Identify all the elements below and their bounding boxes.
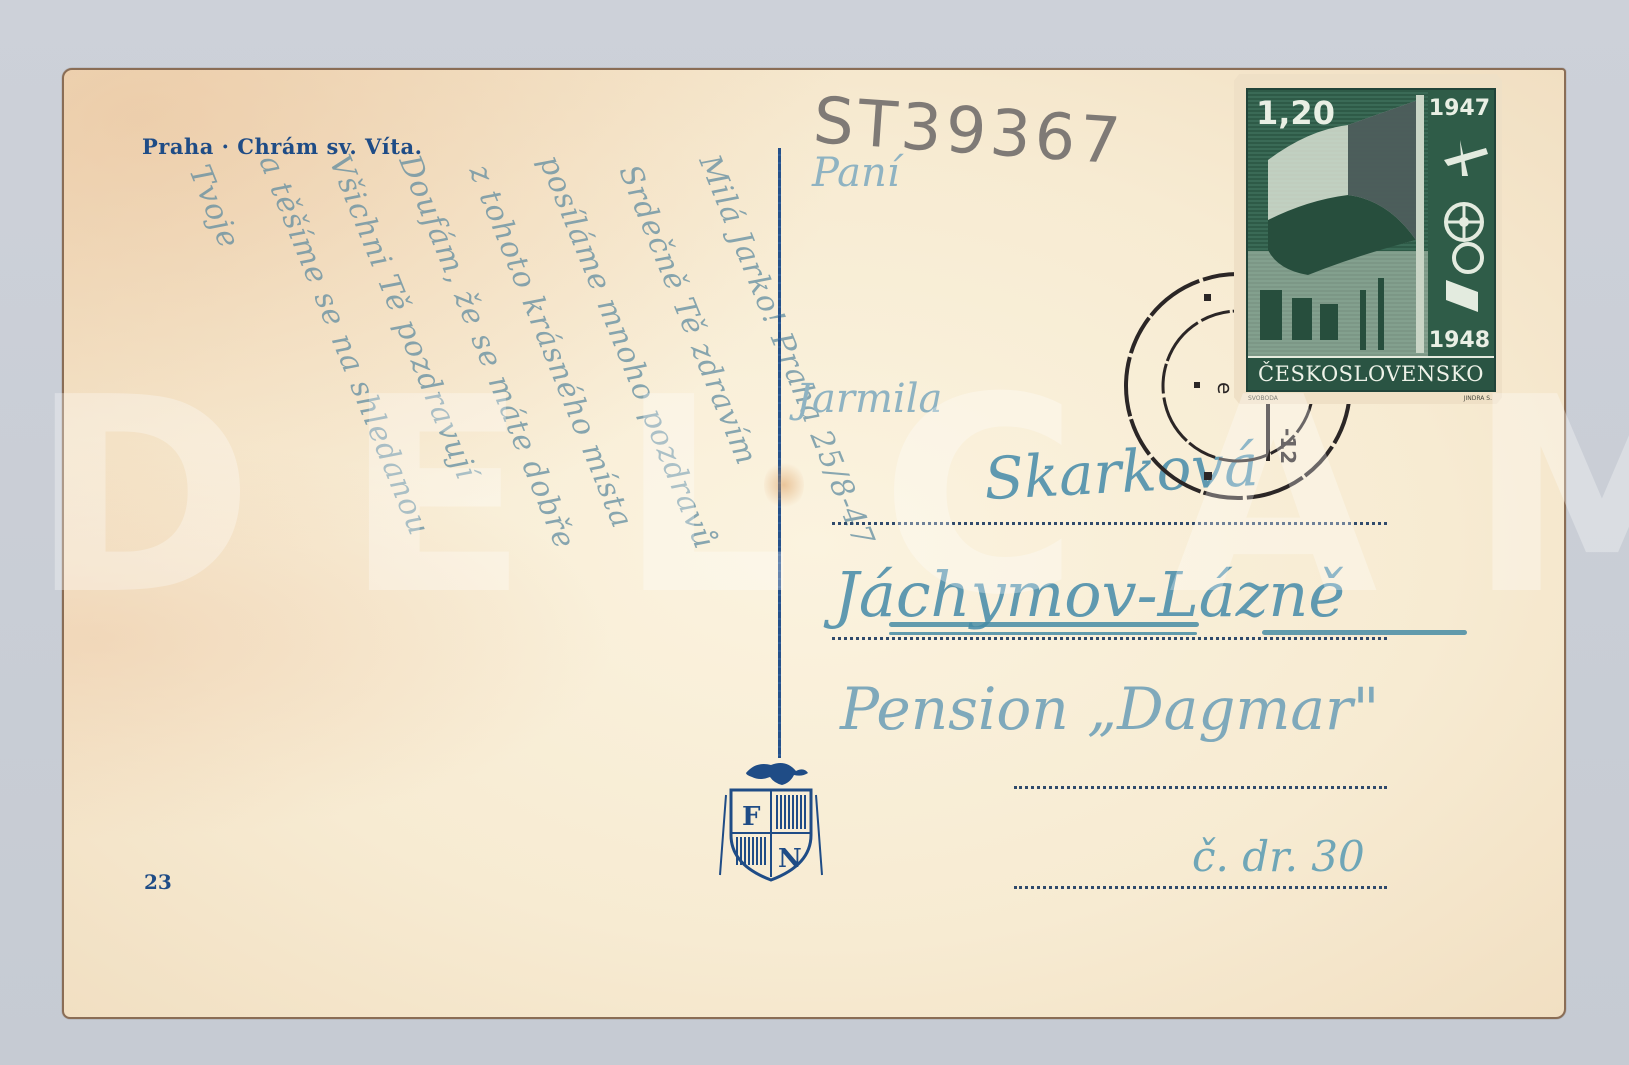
address-dotted-line [832,522,1387,525]
address-dotted-line [1014,786,1387,789]
stamp-design: 1,20 1947 1948 ČESKOSLOVENSKO [1246,88,1496,392]
svg-text:F: F [742,802,761,832]
postage-stamp: 1,20 1947 1948 ČESKOSLOVENSKO SVOBODA JI… [1234,74,1502,404]
handwritten-message: Milá Jarko! Praha 25/8-47 Srdečně Tě zdr… [84,110,764,990]
stamp-engraver-right: JINDRA S. [1464,395,1492,402]
address-town: Jáchymov-Lázně [834,558,1345,631]
town-underline [1262,630,1467,635]
address-dotted-line [1014,886,1387,889]
address-dotted-line [832,637,1387,640]
message-line: Tvoje [182,160,247,254]
svg-text:-12: -12 [1276,428,1300,464]
stamp-year-bottom: 1948 [1429,328,1490,353]
foxing-stain [764,460,804,510]
address-first-name: Jarmila [796,376,942,422]
stamp-country: ČESKOSLOVENSKO [1248,356,1494,390]
town-underline [889,632,1197,635]
svg-text:N: N [778,844,802,874]
svg-text:e: e [1213,382,1237,394]
stamp-value: 1,20 [1256,94,1335,132]
postcard: Praha · Chrám sv. Víta. 23 Milá Jarko! P… [62,68,1566,1019]
industry-symbols-icon [1438,130,1492,320]
address-house-number: č. dr. 30 [1192,832,1365,881]
stamp-year-top: 1947 [1429,96,1490,121]
address-salutation: Paní [812,150,900,196]
address-divider [778,148,781,758]
stamp-engraver-left: SVOBODA [1248,395,1278,402]
publisher-crest-icon: F N [716,755,826,885]
town-underline [889,622,1199,627]
address-lodging: Pension „Dagmar" [840,675,1379,743]
